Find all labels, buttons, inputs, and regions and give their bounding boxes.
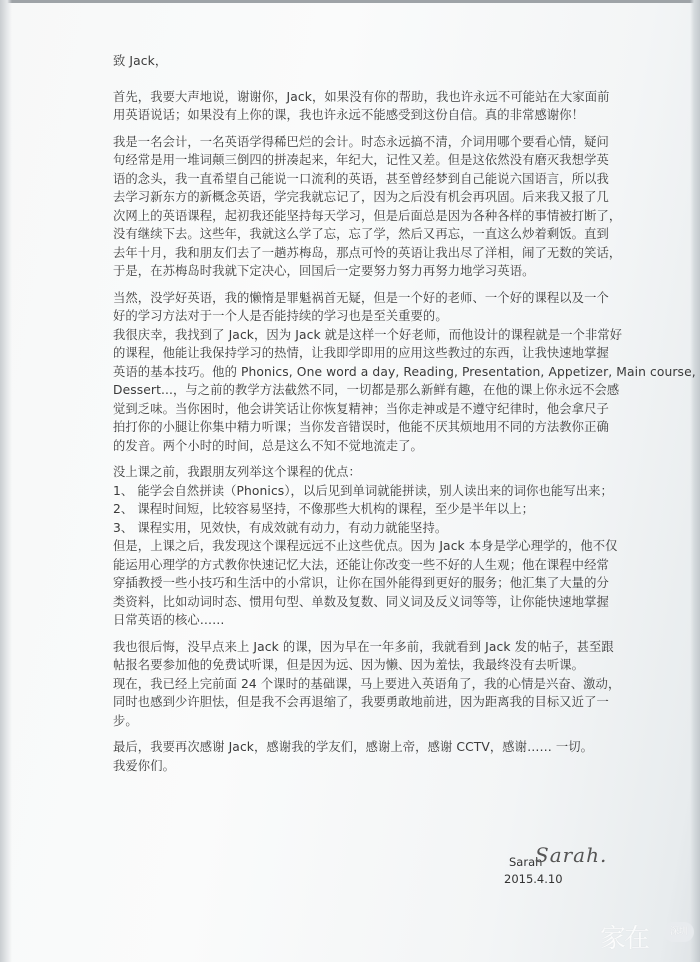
text-line: 的发音。两个小时的时间，总是这么不知不觉地流走了。 <box>113 437 545 456</box>
paragraph-thanks: 首先，我要大声地说，谢谢你，Jack，如果没有你的帮助，我也许永远不可能站在大家… <box>113 88 545 125</box>
text-line: 帖报名要参加他的免费试听课，但是因为远、因为懒、因为羞怯，我最终没有去听课。 <box>113 656 545 675</box>
text-line: 现在，我已经上完前面 24 个课时的基础课，马上要进入英语角了，我的心情是兴奋、… <box>113 675 545 694</box>
text-line: 英语的基本技巧。他的 Phonics, One word a day, Read… <box>113 363 545 382</box>
watermark: 家在 深圳 <box>596 918 696 958</box>
text-line: 次网上的英语课程，起初我还能坚持每天学习，但是后面总是因为各种各样的事情被打断了… <box>113 207 545 226</box>
text-line: 觉到乏味。当你困时，他会讲笑话让你恢复精神；当你走神或是不遵守纪律时，他会拿尺子 <box>113 400 545 419</box>
text-line: 去年十月，我和朋友们去了一趟苏梅岛，那点可怜的英语让我出尽了洋相，闹了无数的笑话… <box>113 244 545 263</box>
salutation: 致 Jack， <box>113 52 545 71</box>
letter-body: 致 Jack， 首先，我要大声地说，谢谢你，Jack，如果没有你的帮助，我也许永… <box>113 52 545 775</box>
text-line: 我也很后悔，没早点来上 Jack 的课，因为早在一年多前，我就看到 Jack 发… <box>113 638 545 657</box>
text-line: 步。 <box>113 712 545 731</box>
scan-right-edge <box>690 0 700 962</box>
text-line: 同时也感到少许胆怯，但是我不会再退缩了，我要勇敢地前进，因为距离我的目标又近了一 <box>113 693 545 712</box>
text-line: 去学习新东方的新概念英语，学完我就忘记了，因为之后没有机会再巩固。后来我又报了几 <box>113 188 545 207</box>
text-line: 类资料，比如动词时态、惯用句型、单数及复数、同义词及反义词等等，让你能快速地掌握 <box>113 593 545 612</box>
text-line: 当然，没学好英语，我的懒惰是罪魁祸首无疑，但是一个好的老师、一个好的课程以及一个 <box>113 289 545 308</box>
watermark-logo-text: 家在 <box>600 918 648 955</box>
list-item: 1、 能学会自然拼读（Phonics），以后见到单词就能拼读，别人读出来的词你也… <box>113 482 545 501</box>
text-line: Dessert...，与之前的教学方法截然不同，一切都是那么新鲜有趣，在他的课上… <box>113 381 545 400</box>
text-line: 于是，在苏梅岛时我就下定决心，回国后一定要努力努力再努力地学习英语。 <box>113 262 545 281</box>
signature-date: 2015.4.10 <box>504 872 563 886</box>
text-line: 最后，我要再次感谢 Jack，感谢我的学友们，感谢上帝，感谢 CCTV，感谢……… <box>113 738 545 757</box>
text-line: 穿插教授一些小技巧和生活中的小常识，让你在国外能得到更好的服务；他汇集了大量的分 <box>113 574 545 593</box>
text-line: 我很庆幸，我找到了 Jack，因为 Jack 就是这样一个好老师，而他设计的课程… <box>113 326 545 345</box>
text-line: 我爱你们。 <box>113 757 545 776</box>
text-line: 的课程，他能让我保持学习的热情，让我即学即用的应用这些教过的东西，让我快速地掌握 <box>113 344 545 363</box>
list-item: 3、 课程实用，见效快，有成效就有动力，有动力就能坚持。 <box>113 519 545 538</box>
text-line: 没上课之前，我跟朋友列举这个课程的优点： <box>113 463 545 482</box>
text-line: 好的学习方法对于一个人是否能持续的学习也是至关重要的。 <box>113 307 545 326</box>
scan-left-edge <box>0 0 12 962</box>
paragraph-background: 我是一名会计，一名英语学得稀巴烂的会计。时态永远搞不清，介词用哪个要看心情，疑问… <box>113 133 545 281</box>
paragraph-teacher: 当然，没学好英语，我的懒惰是罪魁祸首无疑，但是一个好的老师、一个好的课程以及一个… <box>113 289 545 456</box>
text-line: 我是一名会计，一名英语学得稀巴烂的会计。时态永远搞不清，介词用哪个要看心情，疑问 <box>113 133 545 152</box>
text-line: 语的念头，我一直希望自己能说一口流利的英语，甚至曾经梦到自己能说六国语言，所以我 <box>113 170 545 189</box>
signature-handwritten: Sarah. <box>535 843 607 867</box>
text-line: 没有继续下去。这些年，我就这么学了忘，忘了学，然后又再忘，一直这么炒着剩饭。直到 <box>113 225 545 244</box>
text-line: 能运用心理学的方式教你快速记忆大法，还能让你改变一些不好的人生观；他在课程中经常 <box>113 556 545 575</box>
paragraph-advantages: 没上课之前，我跟朋友列举这个课程的优点： 1、 能学会自然拼读（Phonics）… <box>113 463 545 630</box>
paragraph-regret: 我也很后悔，没早点来上 Jack 的课，因为早在一年多前，我就看到 Jack 发… <box>113 638 545 731</box>
text-line: 句经常是用一堆词颠三倒四的拼凑起来，年纪大，记性又差。但是这依然没有磨灭我想学英 <box>113 151 545 170</box>
text-line: 但是，上课之后，我发现这个课程远远不止这些优点。因为 Jack 本身是学心理学的… <box>113 537 545 556</box>
paragraph-closing: 最后，我要再次感谢 Jack，感谢我的学友们，感谢上帝，感谢 CCTV，感谢……… <box>113 738 545 775</box>
list-item: 2、 课程时间短，比较容易坚持，不像那些大机构的课程，至少是半年以上； <box>113 500 545 519</box>
watermark-badge: 深圳 <box>664 922 694 942</box>
text-line: 用英语说话；如果没有上你的课，我也许永远不能感受到这份自信。真的非常感谢你！ <box>113 106 545 125</box>
text-line: 首先，我要大声地说，谢谢你，Jack，如果没有你的帮助，我也许永远不可能站在大家… <box>113 88 545 107</box>
text-line: 拍打你的小腿让你集中精力听课；当你发音错误时，他能不厌其烦地用不同的方法教你正确 <box>113 418 545 437</box>
scan-top-edge <box>0 0 700 3</box>
text-line: 日常英语的核心…… <box>113 611 545 630</box>
